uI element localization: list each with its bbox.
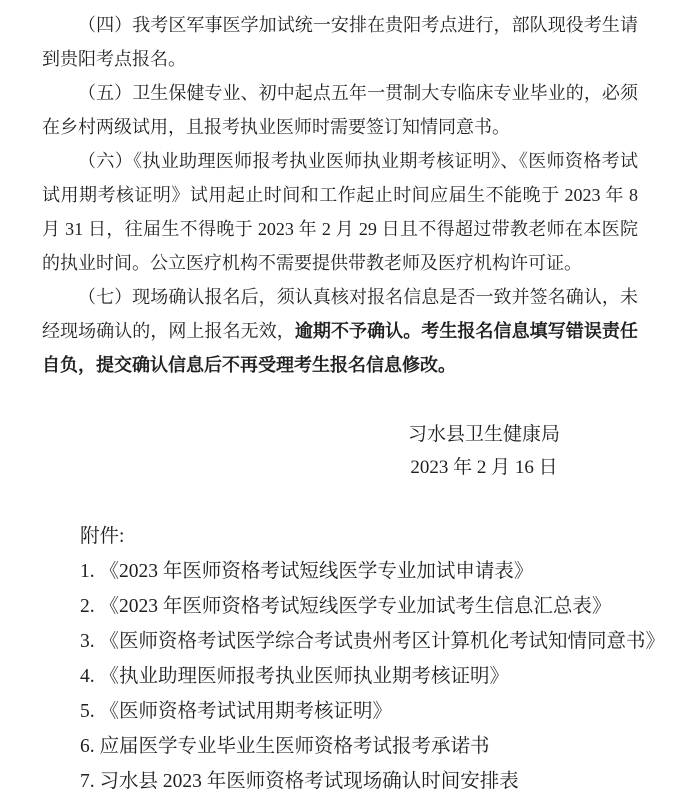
signature-organization: 习水县卫生健康局 [408,418,560,451]
attachment-item-1: 1. 《2023 年医师资格考试短线医学专业加试申请表》 [80,554,685,589]
paragraph-item-seven: （七）现场确认报名后，须认真核对报名信息是否一致并签名确认，未经现场确认的，网上… [42,280,638,382]
signature-block: 习水县卫生健康局 2023 年 2 月 16 日 [408,418,560,484]
attachment-item-2: 2. 《2023 年医师资格考试短线医学专业加试考生信息汇总表》 [80,589,685,624]
attachment-item-4: 4. 《执业助理医师报考执业医师执业期考核证明》 [80,659,685,694]
paragraph-item-five: （五）卫生保健专业、初中起点五年一贯制大专临床专业毕业的，必须在乡村两级试用，且… [42,76,638,144]
paragraph-item-six-text: （六）《执业助理医师报考执业医师执业期考核证明》、《医师资格考试试用期考核证明》… [42,151,638,273]
signature-date: 2023 年 2 月 16 日 [408,451,560,484]
paragraph-item-four: （四）我考区军事医学加试统一安排在贵阳考点进行，部队现役考生请到贵阳考点报名。 [42,8,638,76]
notice-body: （四）我考区军事医学加试统一安排在贵阳考点进行，部队现役考生请到贵阳考点报名。 … [42,8,638,382]
attachments-label: 附件: [80,519,685,554]
attachment-item-5: 5. 《医师资格考试试用期考核证明》 [80,694,685,729]
document-page: （四）我考区军事医学加试统一安排在贵阳考点进行，部队现役考生请到贵阳考点报名。 … [0,0,685,796]
attachments-section: 附件: 1. 《2023 年医师资格考试短线医学专业加试申请表》 2. 《202… [42,519,685,796]
paragraph-item-four-text: （四）我考区军事医学加试统一安排在贵阳考点进行，部队现役考生请到贵阳考点报名。 [42,15,638,69]
attachment-item-3: 3. 《医师资格考试医学综合考试贵州考区计算机化考试知情同意书》 [80,624,685,659]
paragraph-item-six: （六）《执业助理医师报考执业医师执业期考核证明》、《医师资格考试试用期考核证明》… [42,144,638,280]
paragraph-item-five-text: （五）卫生保健专业、初中起点五年一贯制大专临床专业毕业的，必须在乡村两级试用，且… [42,83,638,137]
attachment-item-6: 6. 应届医学专业毕业生医师资格考试报考承诺书 [80,729,685,764]
attachment-item-7: 7. 习水县 2023 年医师资格考试现场确认时间安排表 [80,764,685,796]
